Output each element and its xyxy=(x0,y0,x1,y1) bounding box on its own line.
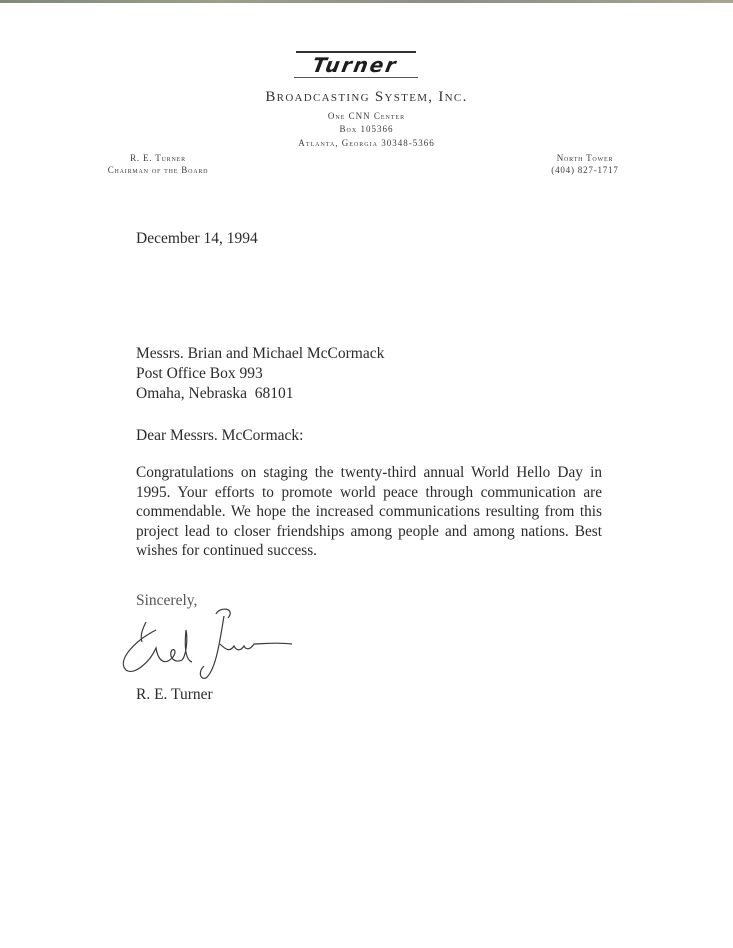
recipient-line: Messrs. Brian and Michael McCormack xyxy=(136,344,384,364)
salutation: Dear Messrs. McCormack: xyxy=(136,427,303,445)
company-name: Broadcasting System, Inc. xyxy=(0,89,733,106)
recipient-line: Omaha, Nebraska 68101 xyxy=(136,384,384,404)
scan-top-edge xyxy=(0,0,733,3)
recipient-line: Post Office Box 993 xyxy=(136,364,384,384)
letter-date: December 14, 1994 xyxy=(136,230,258,248)
sender-block: R. E. Turner Chairman of the Board xyxy=(88,152,228,176)
address-line: Atlanta, Georgia 30348-5366 xyxy=(0,138,733,148)
address-line: One CNN Center xyxy=(0,111,733,121)
typed-signer-name: R. E. Turner xyxy=(136,686,213,704)
office-name: North Tower xyxy=(540,152,630,164)
logo-wordmark: Turner xyxy=(288,53,422,77)
office-block: North Tower (404) 827-1717 xyxy=(540,152,630,176)
office-phone: (404) 827-1717 xyxy=(540,164,630,176)
sender-name: R. E. Turner xyxy=(88,152,228,164)
address-line: Box 105366 xyxy=(0,124,733,134)
turner-logo: Turner xyxy=(290,50,420,80)
sender-title: Chairman of the Board xyxy=(88,164,228,176)
logo-rule-bottom xyxy=(294,77,418,78)
signature-icon xyxy=(116,600,296,680)
letter-body: Congratulations on staging the twenty-th… xyxy=(136,463,602,561)
recipient-address: Messrs. Brian and Michael McCormack Post… xyxy=(136,344,384,404)
